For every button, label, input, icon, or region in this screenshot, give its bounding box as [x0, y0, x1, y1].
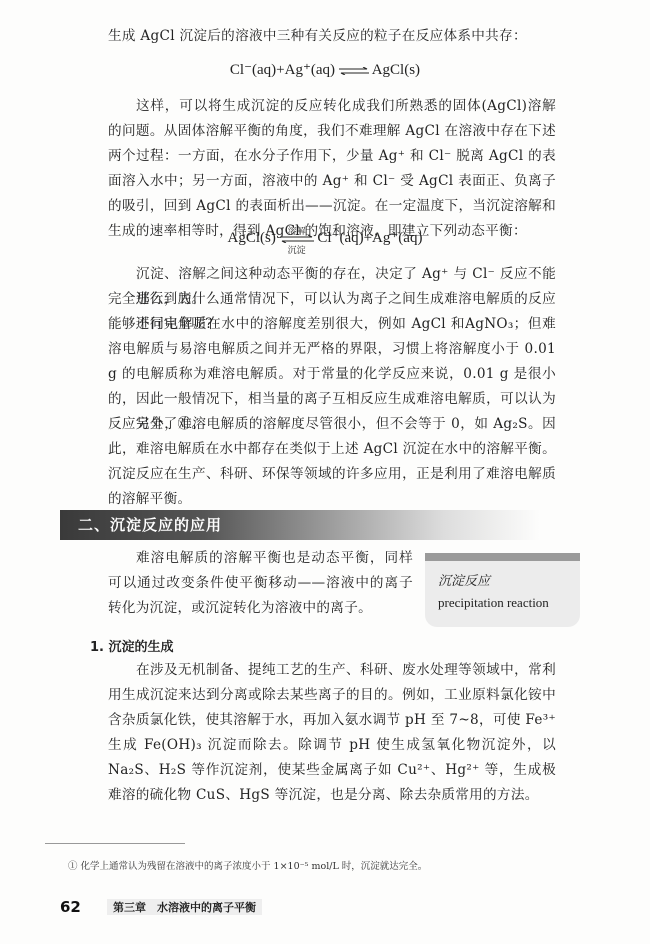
chapter-title: 第三章 水溶液中的离子平衡: [107, 899, 262, 915]
equation-left: Cl⁻(aq)+Ag⁺(aq): [230, 62, 335, 78]
paragraph-intro: 生成 AgCl 沉淀后的溶液中三种有关反应的粒子在反应体系中共存：: [108, 24, 556, 49]
footnote-divider: [45, 843, 185, 844]
paragraph-applications: 另外，难溶电解质的溶解度尽管很小，但不会等于 0，如 Ag₂S。因此，难溶电解质…: [108, 412, 556, 512]
sidebox-top-bar: [425, 553, 580, 561]
equation-precipitation: Cl⁻(aq)+Ag⁺(aq) AgCl(s): [0, 60, 650, 80]
paragraph-dissolution: 这样，可以将生成沉淀的反应转化成我们所熟悉的固体(AgCl)溶解的问题。从固体溶…: [108, 94, 556, 244]
paragraph-dynamic-equilibrium: 难溶电解质的溶解平衡也是动态平衡，同样可以通过改变条件使平衡移动——溶液中的离子…: [108, 546, 413, 621]
equation-right: AgCl(s): [372, 62, 420, 78]
arrow-label-precipitate: 沉淀: [280, 243, 314, 256]
page-number: 62: [60, 898, 81, 916]
subheading: 1. 沉淀的生成: [90, 636, 174, 655]
equilibrium-arrow-icon: 溶解 沉淀: [280, 230, 314, 248]
equation-right: Cl⁻(aq)+Ag⁺(aq): [317, 230, 422, 246]
section-header-bar: 二、沉淀反应的应用: [60, 510, 540, 540]
section-title: 二、沉淀反应的应用: [78, 514, 222, 535]
glossary-term-en: precipitation reaction: [438, 595, 549, 611]
equation-left: AgCl(s): [228, 230, 276, 246]
page-footer: 62 第三章 水溶液中的离子平衡: [60, 897, 81, 916]
glossary-term-zh: 沉淀反应: [438, 570, 490, 589]
equilibrium-arrow-icon: [339, 62, 369, 80]
paragraph-precipitate-formation: 在涉及无机制备、提纯工艺的生产、科研、废水处理等领域中，常利用生成沉淀来达到分离…: [108, 658, 556, 808]
glossary-sidebox: 沉淀反应 precipitation reaction: [425, 553, 580, 627]
equation-dissolution-equilibrium: AgCl(s) 溶解 沉淀 Cl⁻(aq)+Ag⁺(aq): [0, 228, 650, 248]
footnote: ① 化学上通常认为残留在溶液中的离子浓度小于 1×10⁻⁵ mol/L 时，沉淀…: [68, 858, 427, 872]
